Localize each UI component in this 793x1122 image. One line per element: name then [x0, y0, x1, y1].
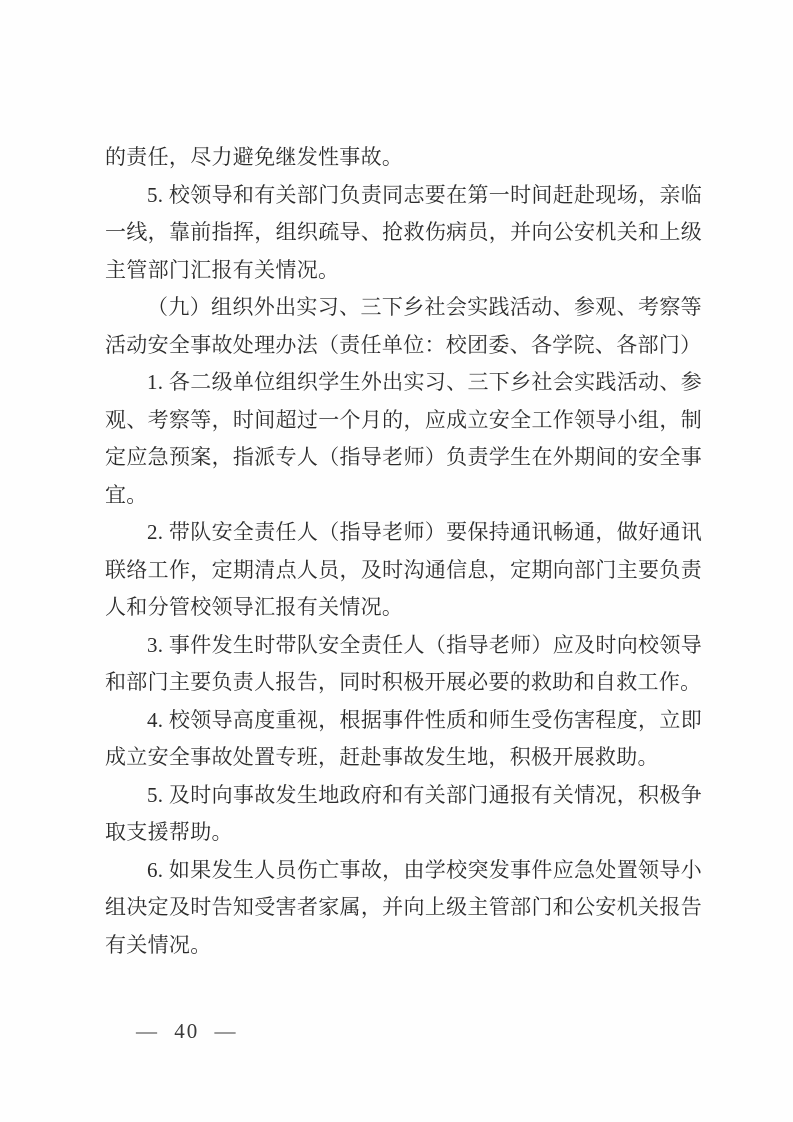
- list-item-6: 6. 如果发生人员伤亡事故，由学校突发事件应急处置领导小组决定及时告知受害者家属…: [105, 852, 702, 965]
- list-item-5: 5. 及时向事故发生地政府和有关部门通报有关情况，积极争取支援帮助。: [105, 777, 702, 852]
- list-item-3: 3. 事件发生时带队安全责任人（指导老师）应及时向校领导和部门主要负责人报告，同…: [105, 627, 702, 702]
- list-item-2: 2. 带队安全责任人（指导老师）要保持通讯畅通，做好通讯联络工作，定期清点人员，…: [105, 514, 702, 627]
- section-heading-nine: （九）组织外出实习、三下乡社会实践活动、参观、考察等活动安全事故处理办法（责任单…: [105, 289, 702, 364]
- list-item-5-previous-section: 5. 校领导和有关部门负责同志要在第一时间赶赴现场，亲临一线，靠前指挥，组织疏导…: [105, 177, 702, 290]
- document-page: 的责任，尽力避免继发性事故。 5. 校领导和有关部门负责同志要在第一时间赶赴现场…: [0, 0, 793, 1122]
- document-body: 的责任，尽力避免继发性事故。 5. 校领导和有关部门负责同志要在第一时间赶赴现场…: [105, 139, 702, 964]
- list-item-4: 4. 校领导高度重视，根据事件性质和师生受伤害程度，立即成立安全事故处置专班，赶…: [105, 702, 702, 777]
- page-number: — 40 —: [136, 1017, 238, 1045]
- paragraph-continuation: 的责任，尽力避免继发性事故。: [105, 139, 702, 177]
- list-item-1: 1. 各二级单位组织学生外出实习、三下乡社会实践活动、参观、考察等，时间超过一个…: [105, 364, 702, 514]
